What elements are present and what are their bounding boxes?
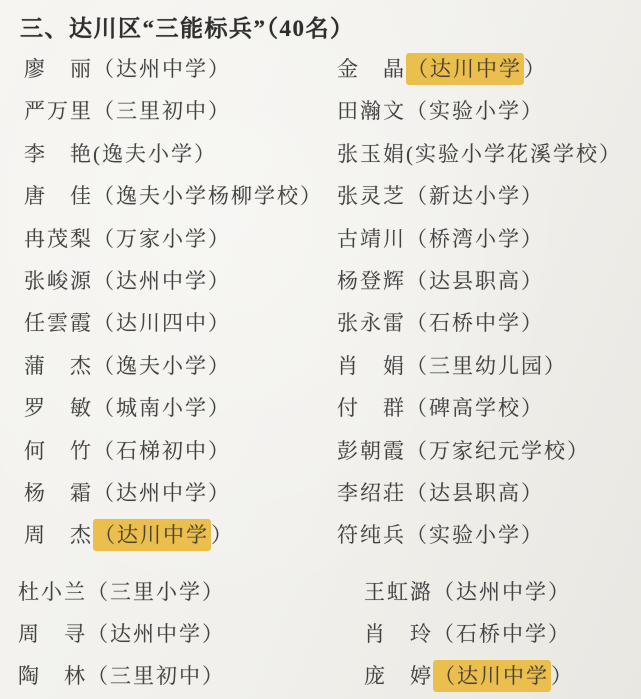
close-paren: ） bbox=[208, 99, 231, 123]
open-paren: （ bbox=[434, 664, 457, 688]
roster-entry: 杨登辉（达县职高） bbox=[337, 260, 622, 302]
person-name: 田瀚文 bbox=[337, 99, 406, 123]
close-paren: ） bbox=[521, 227, 544, 251]
close-paren: ） bbox=[208, 439, 231, 463]
close-paren: ） bbox=[599, 142, 622, 166]
school: （达州中学 bbox=[433, 580, 548, 604]
close-paren: ） bbox=[524, 57, 547, 81]
open-paren: （ bbox=[93, 227, 116, 251]
open-paren: （ bbox=[93, 481, 116, 505]
open-paren: （ bbox=[93, 396, 116, 420]
open-paren: （ bbox=[87, 622, 110, 646]
close-paren: ） bbox=[521, 269, 544, 293]
roster-entry: 廖 丽（达州中学） bbox=[24, 48, 323, 90]
close-paren: ） bbox=[551, 664, 574, 688]
roster-entry: 彭朝霞（万家纪元学校） bbox=[337, 430, 622, 472]
person-name: 肖 娟 bbox=[337, 354, 406, 378]
open-paren: ( bbox=[93, 142, 102, 166]
group-left-top: 廖 丽（达州中学）严万里（三里初中）李 艳(逸夫小学）唐 佳（逸夫小学杨柳学校）… bbox=[24, 48, 323, 557]
person-name: 张永雷 bbox=[337, 311, 406, 335]
school: （石桥中学 bbox=[433, 622, 548, 646]
school-highlighted: （达川中学 bbox=[93, 519, 211, 551]
school-name: 碑高学校 bbox=[429, 396, 521, 420]
school-name: 达州中学 bbox=[116, 481, 208, 505]
roster-entry: 李 艳(逸夫小学） bbox=[24, 133, 323, 175]
roster-entry: 周 寻（达州中学） bbox=[18, 613, 323, 655]
school-name: 达州中学 bbox=[456, 580, 548, 604]
school: （石梯初中 bbox=[93, 439, 208, 463]
person-name: 李绍荘 bbox=[337, 481, 406, 505]
roster-entry: 张玉娟(实验小学花溪学校） bbox=[337, 133, 622, 175]
close-paren: ） bbox=[567, 439, 590, 463]
school: （三里初中 bbox=[93, 99, 208, 123]
close-paren: ） bbox=[202, 580, 225, 604]
school: (逸夫小学 bbox=[93, 142, 194, 166]
school-name: 万家纪元学校 bbox=[429, 439, 567, 463]
person-name: 周 寻 bbox=[18, 622, 87, 646]
school-name: 逸夫小学 bbox=[116, 354, 208, 378]
person-name: 李 艳 bbox=[24, 142, 93, 166]
person-name: 王虹潞 bbox=[364, 580, 433, 604]
school-name: 实验小学 bbox=[429, 99, 521, 123]
open-paren: （ bbox=[87, 580, 110, 604]
roster-entry: 何 竹（石梯初中） bbox=[24, 430, 323, 472]
school: （城南小学 bbox=[93, 396, 208, 420]
school: （桥湾小学 bbox=[406, 227, 521, 251]
person-name: 符纯兵 bbox=[337, 523, 406, 547]
open-paren: （ bbox=[93, 99, 116, 123]
open-paren: （ bbox=[406, 269, 429, 293]
close-paren: ） bbox=[521, 481, 544, 505]
school-name: 逸夫小学杨柳学校 bbox=[116, 184, 300, 208]
school: （达县职高 bbox=[406, 481, 521, 505]
school-name: 三里初中 bbox=[110, 664, 202, 688]
close-paren: ） bbox=[521, 184, 544, 208]
school: （逸夫小学 bbox=[93, 354, 208, 378]
school-name: 三里初中 bbox=[116, 99, 208, 123]
open-paren: （ bbox=[93, 354, 116, 378]
school-name: 达县职高 bbox=[429, 269, 521, 293]
open-paren: （ bbox=[406, 184, 429, 208]
school: （万家纪元学校 bbox=[406, 439, 567, 463]
roster-entry: 严万里（三里初中） bbox=[24, 90, 323, 132]
roster-entry: 肖 玲（石桥中学） bbox=[364, 613, 622, 655]
group-left-bottom: 杜小兰（三里小学）周 寻（达州中学）陶 林（三里初中） bbox=[18, 571, 323, 698]
school-name: 实验小学 bbox=[429, 523, 521, 547]
roster-column-right: 金 晶（达川中学）田瀚文（实验小学）张玉娟(实验小学花溪学校）张灵芝（新达小学）… bbox=[337, 48, 622, 698]
school: （达州中学 bbox=[93, 57, 208, 81]
school-name: 达川中学 bbox=[430, 57, 522, 81]
open-paren: （ bbox=[433, 622, 456, 646]
person-name: 庞 婷 bbox=[364, 664, 433, 688]
open-paren: （ bbox=[406, 481, 429, 505]
open-paren: （ bbox=[406, 396, 429, 420]
school: （达川四中 bbox=[93, 311, 208, 335]
school-name: 城南小学 bbox=[116, 396, 208, 420]
roster-entry: 唐 佳（逸夫小学杨柳学校） bbox=[24, 175, 323, 217]
school: （万家小学 bbox=[93, 227, 208, 251]
school-name: 桥湾小学 bbox=[429, 227, 521, 251]
roster-entry: 李绍荘（达县职高） bbox=[337, 472, 622, 514]
person-name: 何 竹 bbox=[24, 439, 93, 463]
person-name: 杜小兰 bbox=[18, 580, 87, 604]
close-paren: ） bbox=[300, 184, 323, 208]
roster-entry: 杨 霜（达州中学） bbox=[24, 472, 323, 514]
roster-entry: 周 杰（达川中学） bbox=[24, 514, 323, 556]
school-name: 达川四中 bbox=[116, 311, 208, 335]
person-name: 彭朝霞 bbox=[337, 439, 406, 463]
roster-entry: 庞 婷（达川中学） bbox=[364, 655, 622, 697]
close-paren: ） bbox=[208, 269, 231, 293]
roster-entry: 蒲 杰（逸夫小学） bbox=[24, 345, 323, 387]
school-name: 石桥中学 bbox=[429, 311, 521, 335]
open-paren: （ bbox=[406, 99, 429, 123]
roster-entry: 任雲霞（达川四中） bbox=[24, 302, 323, 344]
school: （碑高学校 bbox=[406, 396, 521, 420]
close-paren: ） bbox=[208, 227, 231, 251]
close-paren: ） bbox=[548, 622, 571, 646]
open-paren: （ bbox=[87, 664, 110, 688]
close-paren: ） bbox=[211, 523, 234, 547]
school-name: 逸夫小学 bbox=[102, 142, 194, 166]
open-paren: （ bbox=[406, 523, 429, 547]
roster-entry: 张灵芝（新达小学） bbox=[337, 175, 622, 217]
person-name: 杨登辉 bbox=[337, 269, 406, 293]
person-name: 罗 敏 bbox=[24, 396, 93, 420]
school: （石桥中学 bbox=[406, 311, 521, 335]
open-paren: （ bbox=[433, 580, 456, 604]
open-paren: （ bbox=[406, 311, 429, 335]
school: （三里幼儿园 bbox=[406, 354, 544, 378]
school-name: 达川中学 bbox=[457, 664, 549, 688]
person-name: 肖 玲 bbox=[364, 622, 433, 646]
close-paren: ） bbox=[208, 354, 231, 378]
person-name: 金 晶 bbox=[337, 57, 406, 81]
school: （实验小学 bbox=[406, 99, 521, 123]
open-paren: （ bbox=[406, 354, 429, 378]
close-paren: ） bbox=[521, 99, 544, 123]
open-paren: （ bbox=[406, 439, 429, 463]
person-name: 唐 佳 bbox=[24, 184, 93, 208]
person-name: 张峻源 bbox=[24, 269, 93, 293]
person-name: 杨 霜 bbox=[24, 481, 93, 505]
school: （三里初中 bbox=[87, 664, 202, 688]
school: (实验小学花溪学校 bbox=[406, 142, 599, 166]
roster-entry: 张永雷（石桥中学） bbox=[337, 302, 622, 344]
person-name: 廖 丽 bbox=[24, 57, 93, 81]
roster-entry: 王虹潞（达州中学） bbox=[364, 571, 622, 613]
roster-entry: 付 群（碑高学校） bbox=[337, 387, 622, 429]
school: （达州中学 bbox=[87, 622, 202, 646]
open-paren: （ bbox=[93, 439, 116, 463]
school: （达州中学 bbox=[93, 481, 208, 505]
school-name: 新达小学 bbox=[429, 184, 521, 208]
school: （达县职高 bbox=[406, 269, 521, 293]
school: （实验小学 bbox=[406, 523, 521, 547]
group-right-top: 金 晶（达川中学）田瀚文（实验小学）张玉娟(实验小学花溪学校）张灵芝（新达小学）… bbox=[337, 48, 622, 557]
roster-entry: 古靖川（桥湾小学） bbox=[337, 218, 622, 260]
roster-column-left: 廖 丽（达州中学）严万里（三里初中）李 艳(逸夫小学）唐 佳（逸夫小学杨柳学校）… bbox=[24, 48, 323, 698]
school-name: 万家小学 bbox=[116, 227, 208, 251]
close-paren: ） bbox=[208, 481, 231, 505]
person-name: 冉茂梨 bbox=[24, 227, 93, 251]
group-right-bottom: 王虹潞（达州中学）肖 玲（石桥中学）庞 婷（达川中学） bbox=[364, 571, 622, 698]
school-name: 实验小学花溪学校 bbox=[415, 142, 599, 166]
close-paren: ） bbox=[544, 354, 567, 378]
roster-columns: 廖 丽（达州中学）严万里（三里初中）李 艳(逸夫小学）唐 佳（逸夫小学杨柳学校）… bbox=[0, 48, 641, 699]
roster-entry: 符纯兵（实验小学） bbox=[337, 514, 622, 556]
school: （达州中学 bbox=[93, 269, 208, 293]
person-name: 周 杰 bbox=[24, 523, 93, 547]
person-name: 张灵芝 bbox=[337, 184, 406, 208]
open-paren: （ bbox=[406, 227, 429, 251]
open-paren: （ bbox=[93, 184, 116, 208]
roster-entry: 冉茂梨（万家小学） bbox=[24, 218, 323, 260]
school-highlighted: （达川中学 bbox=[433, 660, 551, 692]
school-name: 三里小学 bbox=[110, 580, 202, 604]
open-paren: ( bbox=[406, 142, 415, 166]
open-paren: （ bbox=[407, 57, 430, 81]
section-title: 三、达川区“三能标兵”（40名） bbox=[20, 10, 355, 43]
close-paren: ） bbox=[548, 580, 571, 604]
close-paren: ） bbox=[521, 396, 544, 420]
school-name: 石梯初中 bbox=[116, 439, 208, 463]
school-name: 达州中学 bbox=[116, 57, 208, 81]
close-paren: ） bbox=[208, 396, 231, 420]
school-name: 达州中学 bbox=[110, 622, 202, 646]
document-page: 三、达川区“三能标兵”（40名） 廖 丽（达州中学）严万里（三里初中）李 艳(逸… bbox=[0, 0, 641, 699]
person-name: 张玉娟 bbox=[337, 142, 406, 166]
roster-entry: 张峻源（达州中学） bbox=[24, 260, 323, 302]
roster-entry: 肖 娟（三里幼儿园） bbox=[337, 345, 622, 387]
close-paren: ） bbox=[208, 311, 231, 335]
school: （新达小学 bbox=[406, 184, 521, 208]
open-paren: （ bbox=[93, 311, 116, 335]
close-paren: ） bbox=[521, 523, 544, 547]
school-name: 三里幼儿园 bbox=[429, 354, 544, 378]
person-name: 古靖川 bbox=[337, 227, 406, 251]
roster-entry: 罗 敏（城南小学） bbox=[24, 387, 323, 429]
school-name: 石桥中学 bbox=[456, 622, 548, 646]
open-paren: （ bbox=[94, 523, 117, 547]
person-name: 付 群 bbox=[337, 396, 406, 420]
close-paren: ） bbox=[521, 311, 544, 335]
close-paren: ） bbox=[208, 57, 231, 81]
school: （逸夫小学杨柳学校 bbox=[93, 184, 300, 208]
person-name: 严万里 bbox=[24, 99, 93, 123]
school-name: 达川中学 bbox=[117, 523, 209, 547]
school: （三里小学 bbox=[87, 580, 202, 604]
person-name: 任雲霞 bbox=[24, 311, 93, 335]
person-name: 蒲 杰 bbox=[24, 354, 93, 378]
school-name: 达县职高 bbox=[429, 481, 521, 505]
roster-entry: 金 晶（达川中学） bbox=[337, 48, 622, 90]
roster-entry: 陶 林（三里初中） bbox=[18, 655, 323, 697]
close-paren: ） bbox=[202, 664, 225, 688]
roster-entry: 田瀚文（实验小学） bbox=[337, 90, 622, 132]
school-highlighted: （达川中学 bbox=[406, 53, 524, 85]
close-paren: ） bbox=[202, 622, 225, 646]
person-name: 陶 林 bbox=[18, 664, 87, 688]
roster-entry: 杜小兰（三里小学） bbox=[18, 571, 323, 613]
school-name: 达州中学 bbox=[116, 269, 208, 293]
open-paren: （ bbox=[93, 57, 116, 81]
open-paren: （ bbox=[93, 269, 116, 293]
close-paren: ） bbox=[194, 142, 217, 166]
